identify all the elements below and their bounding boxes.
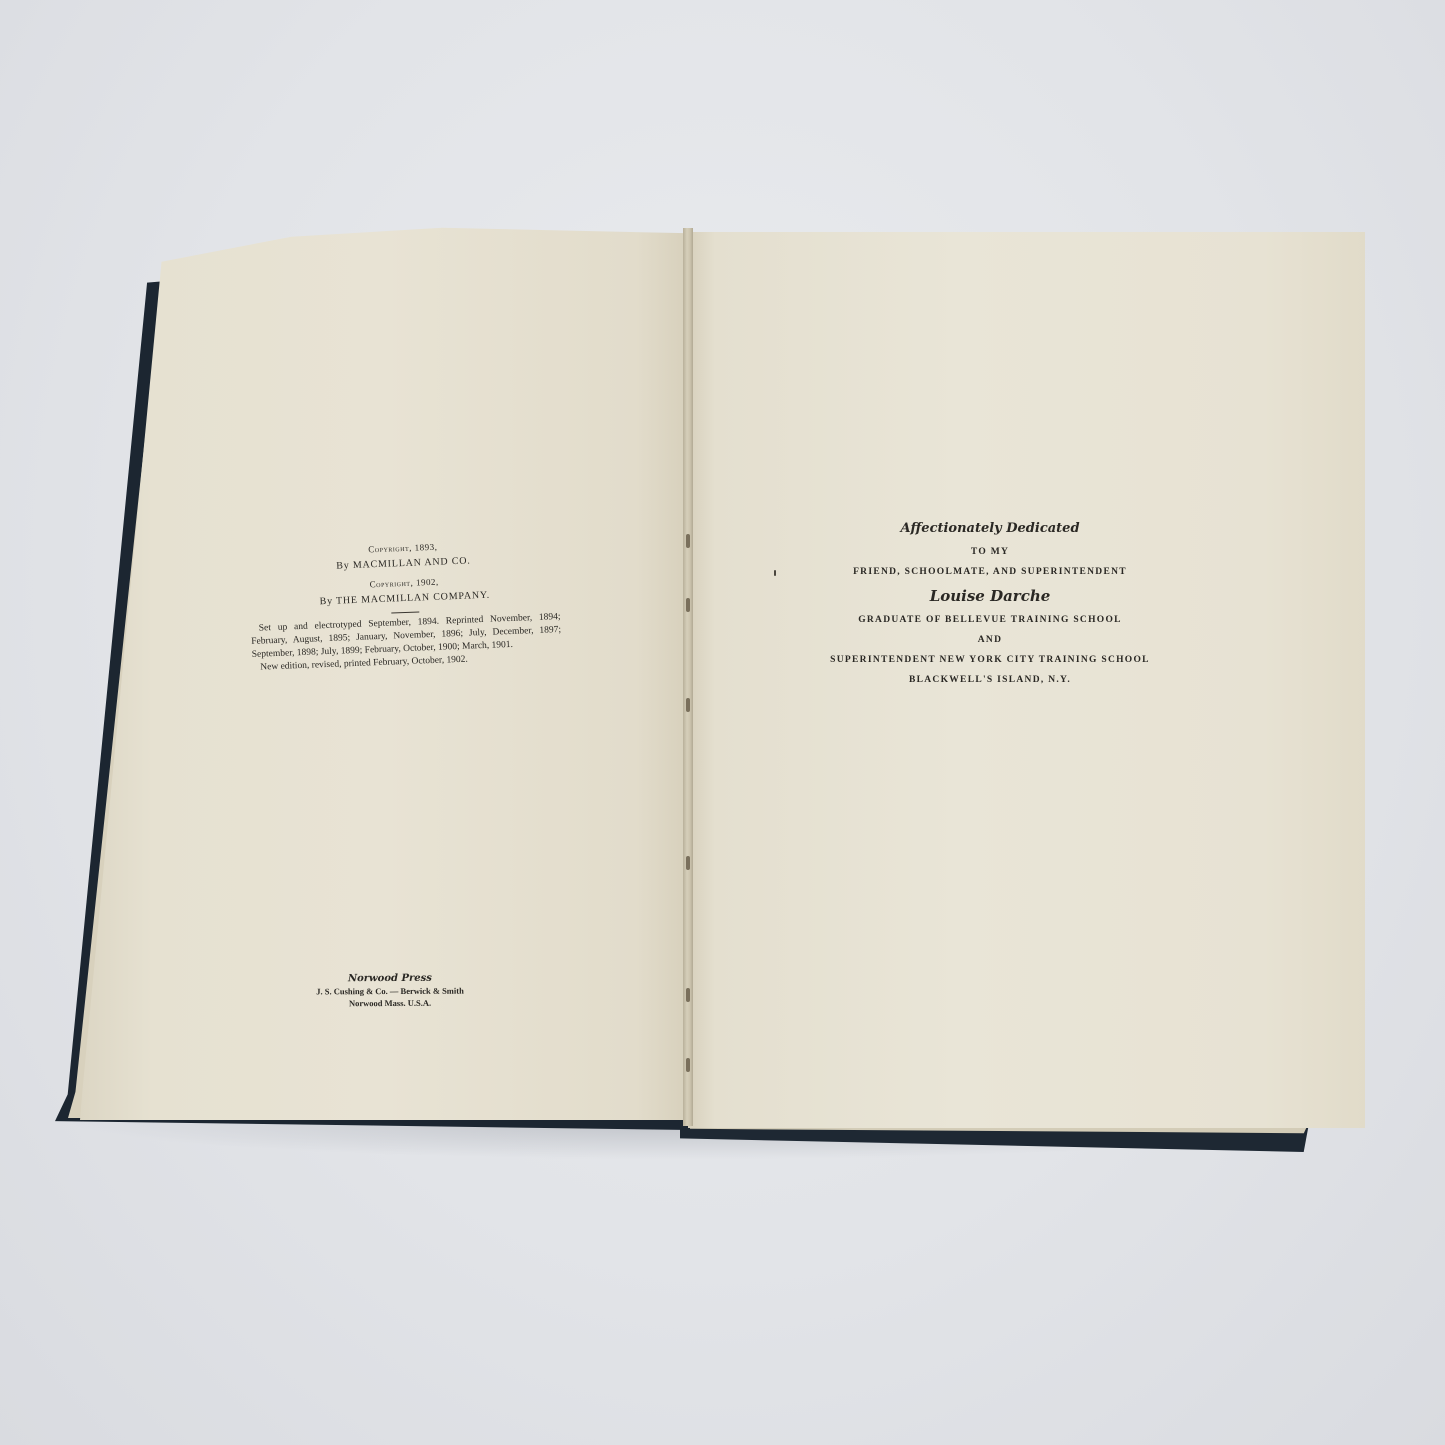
printer-title: Norwood Press	[300, 972, 480, 986]
dedication-line-1: TO MY	[800, 546, 1180, 558]
dedicatee-name: Louise Darche	[800, 586, 1180, 606]
dedication-line-4: AND	[800, 634, 1180, 646]
binding-stitch	[686, 534, 690, 548]
dedication-line-6: BLACKWELL'S ISLAND, N.Y.	[800, 674, 1180, 686]
copyright-notice: Copyright, 1893, By MACMILLAN AND CO. Co…	[248, 534, 563, 675]
binding-stitch	[686, 598, 690, 612]
binding-stitch	[686, 698, 690, 712]
dedication-title: Affectionately Dedicated	[800, 520, 1180, 538]
dedication-line-5: SUPERINTENDENT NEW YORK CITY TRAINING SC…	[800, 654, 1180, 666]
dedication-line-3: GRADUATE OF BELLEVUE TRAINING SCHOOL	[800, 614, 1180, 626]
binding-stitch	[686, 1058, 690, 1072]
binding-stitch	[686, 856, 690, 870]
book-gutter	[683, 228, 693, 1126]
printer-imprint: Norwood Press J. S. Cushing & Co. — Berw…	[300, 972, 480, 1010]
dedication: Affectionately Dedicated TO MY FRIEND, S…	[800, 520, 1180, 694]
page-speck	[774, 570, 776, 576]
binding-stitch	[686, 988, 690, 1002]
printer-line-1: J. S. Cushing & Co. — Berwick & Smith	[300, 985, 480, 998]
printer-line-2: Norwood Mass. U.S.A.	[300, 997, 480, 1010]
dedication-line-2: FRIEND, SCHOOLMATE, AND SUPERINTENDENT	[800, 566, 1180, 578]
divider-rule	[391, 611, 419, 613]
photo-scene: Copyright, 1893, By MACMILLAN AND CO. Co…	[0, 0, 1445, 1445]
